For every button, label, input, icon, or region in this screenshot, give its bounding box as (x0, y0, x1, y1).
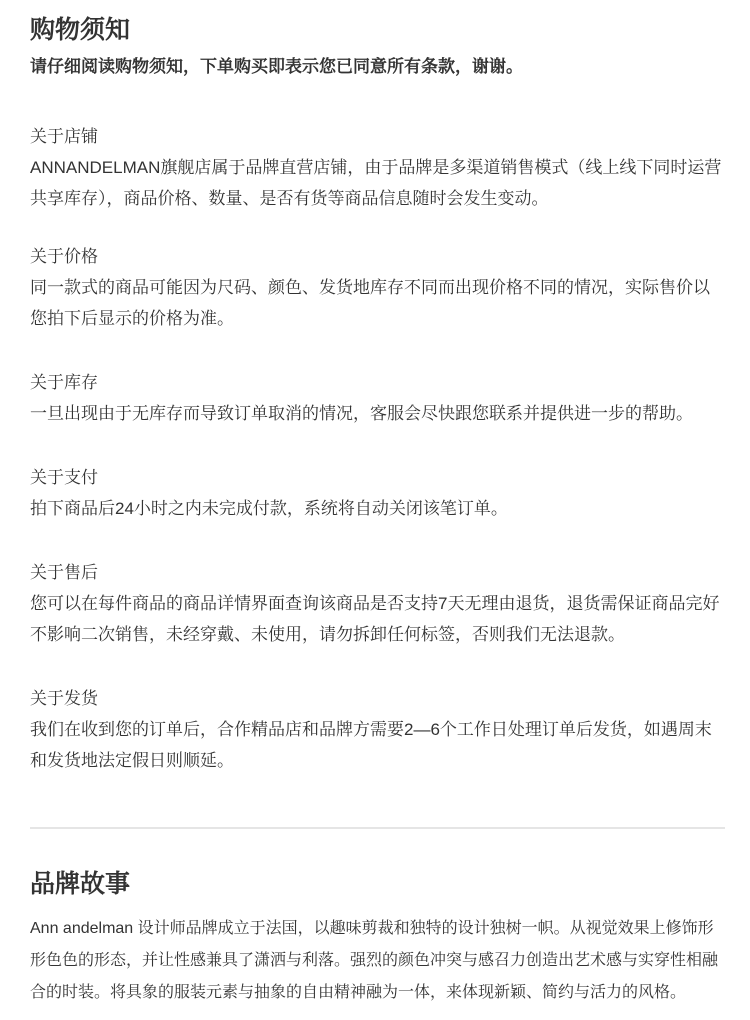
section-payment: 关于支付 拍下商品后24小时之内未完成付款，系统将自动关闭该笔订单。 (30, 463, 725, 524)
section-heading: 关于支付 (30, 463, 725, 493)
notice-sections: 关于店铺 ANNANDELMAN旗舰店属于品牌直营店铺，由于品牌是多渠道销售模式… (30, 122, 725, 776)
section-heading: 关于售后 (30, 558, 725, 588)
brand-story-title: 品牌故事 (30, 868, 725, 900)
notice-subtitle: 请仔细阅读购物须知，下单购买即表示您已同意所有条款，谢谢。 (30, 54, 725, 80)
section-body: 您可以在每件商品的商品详情界面查询该商品是否支持7天无理由退货，退货需保证商品完… (30, 588, 725, 650)
brand-story-text: Ann andelman 设计师品牌成立于法国，以趣味剪裁和独特的设计独树一帜。… (30, 913, 725, 1009)
section-body: 拍下商品后24小时之内未完成付款，系统将自动关闭该笔订单。 (30, 493, 725, 524)
section-body: 我们在收到您的订单后，合作精品店和品牌方需要2—6个工作日处理订单后发货，如遇周… (30, 714, 725, 776)
section-aftersale: 关于售后 您可以在每件商品的商品详情界面查询该商品是否支持7天无理由退货，退货需… (30, 558, 725, 650)
section-heading: 关于发货 (30, 684, 725, 714)
section-price: 关于价格 同一款式的商品可能因为尺码、颜色、发货地库存不同而出现价格不同的情况，… (30, 242, 725, 334)
section-body: 一旦出现由于无库存而导致订单取消的情况，客服会尽快跟您联系并提供进一步的帮助。 (30, 398, 725, 429)
section-body: 同一款式的商品可能因为尺码、颜色、发货地库存不同而出现价格不同的情况，实际售价以… (30, 272, 725, 334)
section-heading: 关于库存 (30, 368, 725, 398)
section-divider (30, 827, 725, 829)
section-body: ANNANDELMAN旗舰店属于品牌直营店铺，由于品牌是多渠道销售模式（线上线下… (30, 152, 725, 214)
section-shipping: 关于发货 我们在收到您的订单后，合作精品店和品牌方需要2—6个工作日处理订单后发… (30, 684, 725, 776)
section-heading: 关于店铺 (30, 122, 725, 152)
section-stock: 关于库存 一旦出现由于无库存而导致订单取消的情况，客服会尽快跟您联系并提供进一步… (30, 368, 725, 429)
page-title: 购物须知 (30, 14, 725, 46)
shopping-notice-page: 购物须知 请仔细阅读购物须知，下单购买即表示您已同意所有条款，谢谢。 关于店铺 … (0, 0, 750, 1009)
section-heading: 关于价格 (30, 242, 725, 272)
section-store: 关于店铺 ANNANDELMAN旗舰店属于品牌直营店铺，由于品牌是多渠道销售模式… (30, 122, 725, 214)
